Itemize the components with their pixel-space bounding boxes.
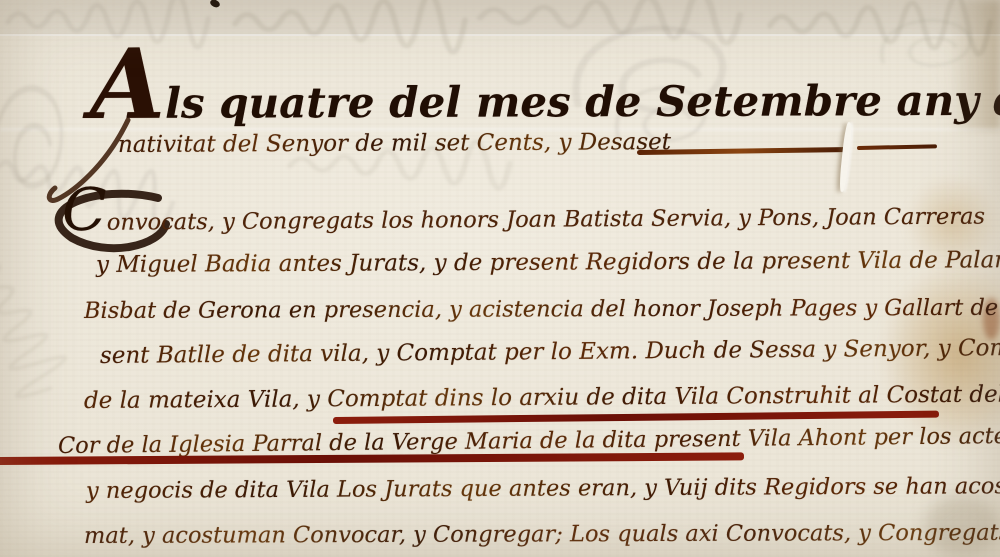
red-underline-mark [333,411,939,424]
manuscript-line: sent Batlle de dita vila, y Comptat per … [100,337,1000,368]
manuscript-line: y negocis de dita Vila Los Jurats que an… [86,475,1000,503]
manuscript-line: Cor de la Iglesia Parral de la Verge Mar… [58,425,1000,458]
manuscript-line: Bisbat de Gerona en presencia, y acisten… [84,297,1000,323]
manuscript-line: de la mateixa Vila, y Comptat dins lo ar… [84,384,1000,413]
manuscript-line: Convocats, y Congregats los honors Joan … [62,175,985,240]
ink-flourish-line [857,144,937,150]
document-heading: Als quatre del mes de Setembre any de la [90,32,1000,132]
manuscript-page: Als quatre del mes de Setembre any de la… [0,0,1000,557]
manuscript-line: mat, y acostuman Convocar, y Congregar; … [84,522,1000,548]
manuscript-line: y Miguel Badia antes Jurats, y de presen… [96,249,1000,277]
document-subheading: nativitat del Senyor de mil set Cents, y… [118,131,671,157]
